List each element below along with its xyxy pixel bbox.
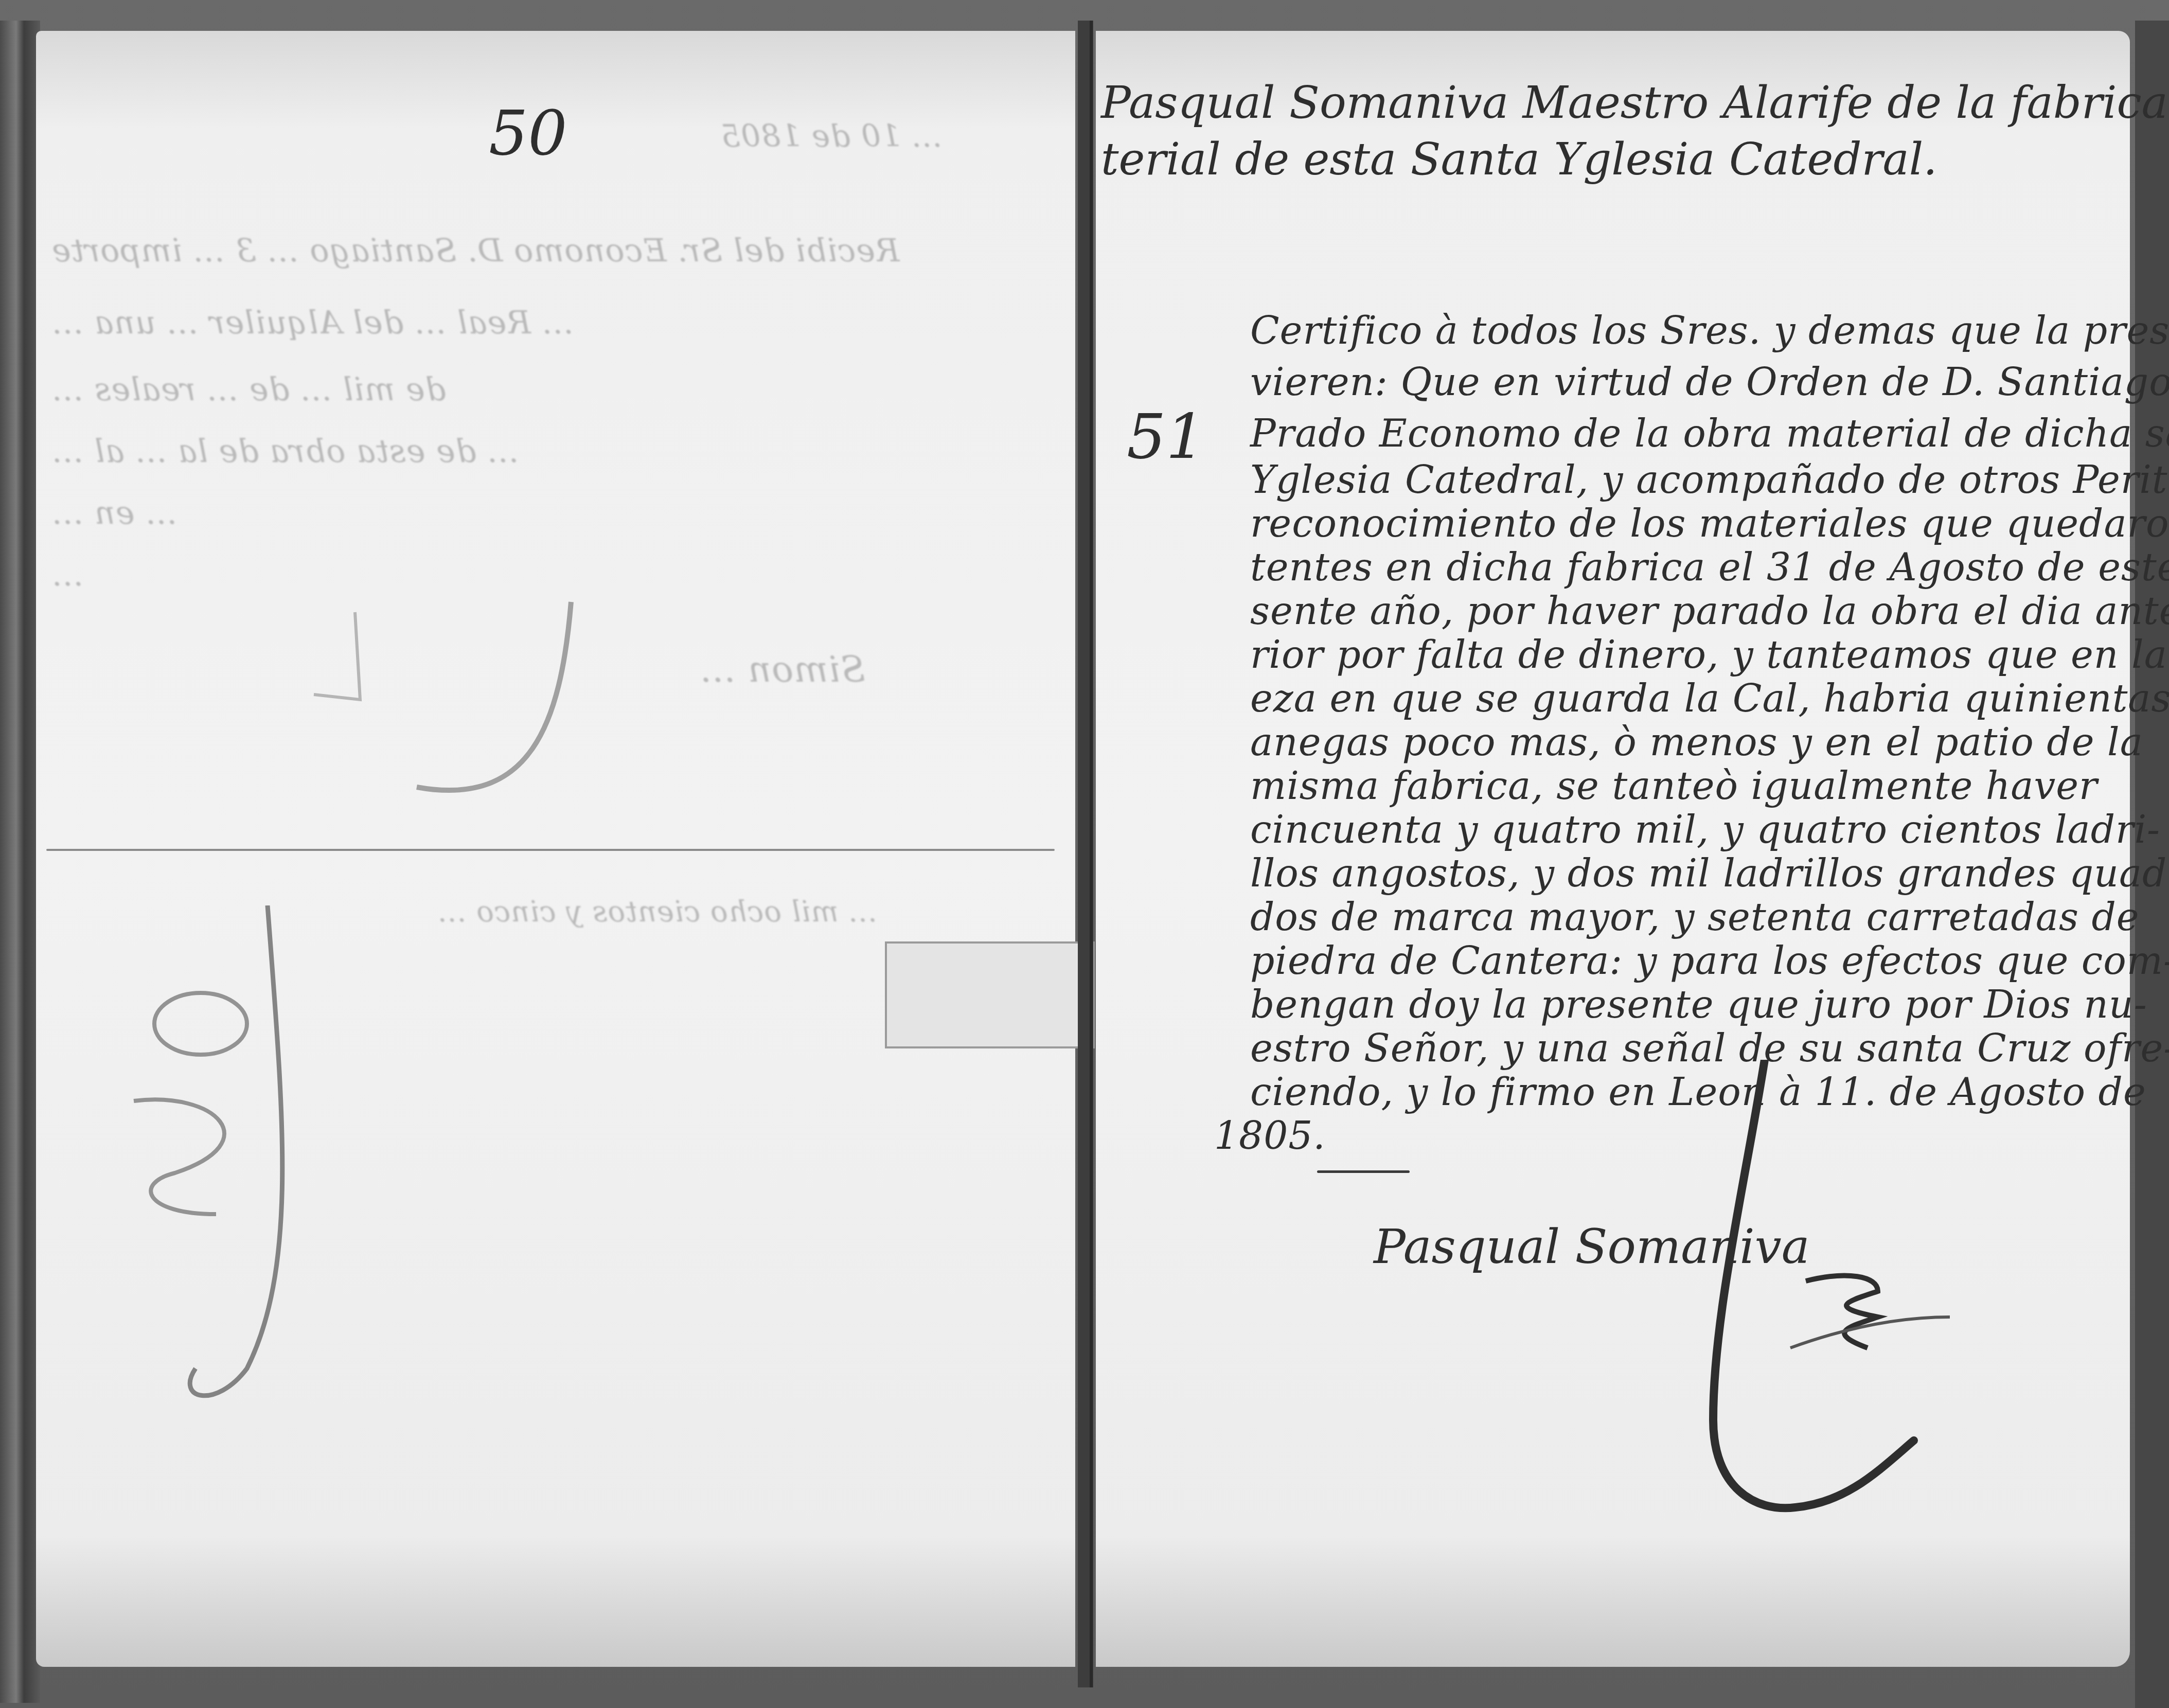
body-line: piedra de Cantera: y para los efectos qu…	[1250, 939, 2169, 983]
body-line-date: 1805.	[1214, 1114, 1326, 1158]
body-line: Yglesia Catedral, y acompañado de otros …	[1250, 458, 2169, 502]
gutter-line	[1090, 21, 1093, 1687]
dash-mark	[1317, 1170, 1410, 1173]
header-line: Pasqual Somaniva Maestro Alarife de la f…	[1101, 77, 2169, 129]
signature-flourish	[1559, 1060, 2022, 1549]
body-line: misma fabrica, se tanteò igualmente have…	[1250, 764, 2097, 808]
body-line: cincuenta y quatro mil, y quatro cientos…	[1250, 808, 2160, 852]
body-line: vieren: Que en virtud de Orden de D. San…	[1250, 360, 2169, 404]
body-line: Prado Economo de la obra material de dic…	[1250, 412, 2169, 456]
ghost-line: Simon ...	[700, 648, 865, 690]
book-edge-left	[0, 21, 40, 1703]
left-page: 50 ... 10 de 1805 Recibi del Sr. Economo…	[36, 31, 1075, 1667]
ghost-line: ... mil ocho cientos y cinco ...	[437, 895, 877, 929]
body-line: Certifico à todos los Sres. y demas que …	[1250, 309, 2169, 353]
ghost-line: ... en ...	[51, 494, 177, 531]
body-line: bengan doy la presente que juro por Dios…	[1250, 983, 2147, 1027]
header-line: terial de esta Santa Yglesia Catedral.	[1101, 134, 1937, 185]
ghost-line: ...	[51, 556, 83, 593]
ghost-line: ... de esta obra de la ... al ...	[51, 432, 519, 470]
folio-number-left: 50	[489, 98, 567, 169]
body-line: sente año, por haver parado la obra el d…	[1250, 589, 2169, 633]
body-line: reconocimiento de los materiales que que…	[1250, 502, 2169, 546]
ghost-line: Recibi del Sr. Economo D. Santiago ... 3…	[51, 232, 900, 269]
body-line: rior por falta de dinero, y tanteamos qu…	[1250, 633, 2169, 677]
ghost-line: ... Real ... del Alquiler ... una ...	[51, 304, 574, 341]
pasted-slip	[885, 941, 1095, 1048]
body-line: tentes en dicha fabrica el 31 de Agosto …	[1250, 545, 2169, 590]
right-page: Pasqual Somaniva Maestro Alarife de la f…	[1096, 31, 2130, 1667]
paper-fold-line	[46, 849, 1055, 851]
body-line: eza en que se guarda la Cal, habria quin…	[1250, 677, 2169, 721]
body-line: anegas poco mas, ò menos y en el patio d…	[1250, 720, 2143, 764]
folio-number-right: 51	[1127, 401, 1205, 473]
flourish-bleed-signature	[113, 905, 473, 1420]
ghost-line: de mil ... de ... reales ...	[51, 370, 446, 408]
flourish-bleed-left	[283, 571, 592, 828]
body-line: dos de marca mayor, y setenta carretadas…	[1250, 895, 2140, 939]
body-line: llos angostos, y dos mil ladrillos grand…	[1250, 851, 2169, 896]
ghost-line: ... 10 de 1805	[720, 118, 942, 154]
